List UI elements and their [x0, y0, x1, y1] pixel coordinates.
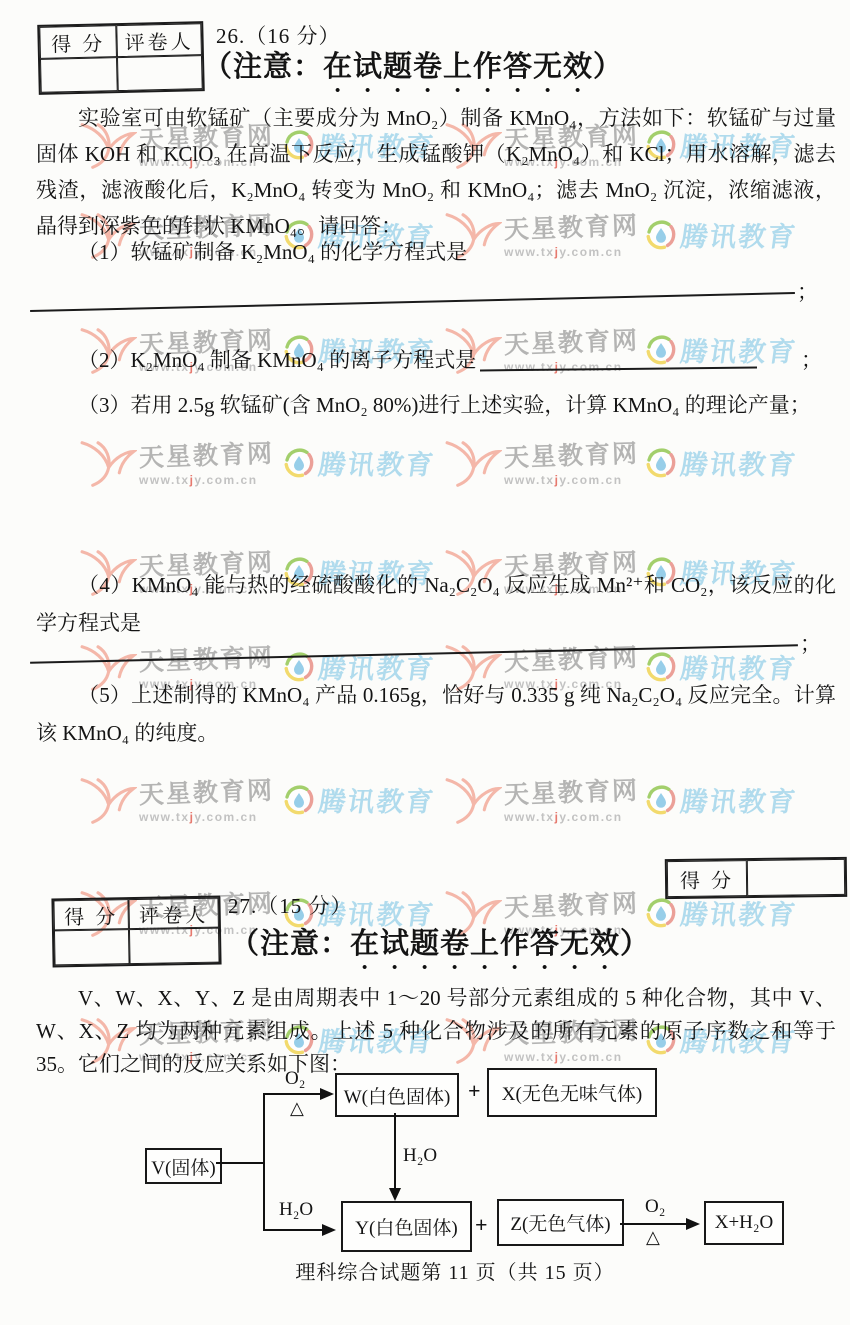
- diagram-arrow-down-head: [389, 1188, 401, 1201]
- diagram-arrow-top-shaft: [263, 1093, 320, 1095]
- q27-score-box-small: 得 分: [665, 857, 847, 899]
- q26-intro-paragraph: 实验室可由软锰矿（主要成分为 MnO₂）制备 KMnO₄，方法如下：软锰矿与过量…: [36, 100, 836, 244]
- paragraph-line: （5）上述制得的 KMnO₄ 产品 0.165g，恰好与 0.335 g 纯 N…: [36, 676, 836, 714]
- q26-sub2-text: （2）K₂MnO₄ 制备 KMnO₄ 的离子方程式是: [36, 345, 476, 375]
- paragraph-line: W、X、Z 均为两种元素组成。上述 5 种化合物涉及的所有元素的原子序数之和等于: [36, 1015, 836, 1048]
- q26-score-blank-cell: [40, 57, 118, 93]
- q26-sub1: （1）软锰矿制备 K₂MnO₄ 的化学方程式是: [36, 237, 822, 267]
- q26-sub2-answer-line: [480, 367, 757, 372]
- diagram-box-y: Y(白色固体): [341, 1201, 472, 1252]
- paragraph-line: 该 KMnO₄ 的纯度。: [36, 714, 836, 752]
- diagram-arrow-down-shaft: [394, 1113, 396, 1190]
- q26-notice: （注意：在试题卷上作答无效）: [203, 44, 623, 99]
- q26-sub2-semicolon: ；: [759, 345, 822, 375]
- q26-sub4-semicolon: ；: [800, 628, 821, 658]
- diagram-box-x-h2o: X+H₂O: [704, 1201, 784, 1245]
- q27-notice-emphasized: 在试题卷上作答无效: [350, 928, 620, 960]
- q26-sub5-paragraph: （5）上述制得的 KMnO₄ 产品 0.165g，恰好与 0.335 g 纯 N…: [36, 676, 836, 752]
- diagram-plus-2: +: [475, 1212, 488, 1238]
- q27-reaction-diagram: V(固体) O₂ △ W(白色固体) + X(无色无味气体) H₂O H₂O Y…: [140, 1060, 820, 1270]
- q26-grader-blank-cell: [117, 55, 203, 91]
- score-label: 得 分: [667, 860, 747, 897]
- diagram-box-z: Z(无色气体): [497, 1199, 624, 1246]
- q26-score-table: 得 分 评卷人: [37, 21, 205, 95]
- score-blank-cell: [747, 859, 845, 896]
- diagram-label-delta-top: △: [290, 1098, 304, 1119]
- paragraph-line: V、W、X、Y、Z 是由周期表中 1～20 号部分元素组成的 5 种化合物，其中…: [36, 982, 836, 1015]
- diagram-arrow-bottom-shaft: [263, 1229, 322, 1231]
- diagram-arrow-z-shaft: [620, 1223, 686, 1225]
- q27-grader-blank-cell: [129, 928, 220, 965]
- diagram-label-h2o-mid: H₂O: [403, 1145, 437, 1167]
- q26-sub4-paragraph: （4）KMnO₄ 能与热的经硫酸酸化的 Na₂C₂O₄ 反应生成 Mn²⁺和 C…: [36, 566, 836, 642]
- paragraph-line: 实验室可由软锰矿（主要成分为 MnO₂）制备 KMnO₄，方法如下：软锰矿与过量: [36, 100, 836, 136]
- diagram-line-v-to-branch: [216, 1162, 263, 1164]
- diagram-box-v: V(固体): [145, 1148, 222, 1184]
- q26-sub2: （2）K₂MnO₄ 制备 KMnO₄ 的离子方程式是 ；: [36, 345, 822, 375]
- q27-number: 27.（15 分）: [228, 890, 353, 920]
- diagram-arrow-top-head: [320, 1088, 334, 1100]
- q27-score-blank-cell: [54, 929, 130, 965]
- diagram-box-x: X(无色无味气体): [487, 1068, 657, 1117]
- page-footer: 理科综合试题第 11 页（共 15 页）: [55, 1256, 850, 1285]
- diagram-label-o2-bottom: O₂: [645, 1196, 665, 1218]
- q26-grader-header: 评卷人: [116, 23, 202, 57]
- q27-notice: （注意：在试题卷上作答无效）: [230, 921, 650, 976]
- exam-paper-page: 天星教育网 www.txjy.com.cn 腾讯教育 天星教育网 www.txj…: [0, 0, 850, 1325]
- paragraph-line: 残渣，滤液酸化后，K₂MnO₄ 转变为 MnO₂ 和 KMnO₄；滤去 MnO₂…: [36, 172, 836, 208]
- paragraph-line: 固体 KOH 和 KClO₃ 在高温下反应，生成锰酸钾（K₂MnO₄）和 KCl…: [36, 136, 836, 172]
- q26-score-header: 得 分: [39, 25, 117, 59]
- diagram-branch-connector: [263, 1094, 265, 1231]
- diagram-arrow-z-head: [686, 1218, 700, 1230]
- diagram-box-w: W(白色固体): [335, 1073, 459, 1117]
- q27-score-header: 得 分: [53, 899, 129, 930]
- paragraph-line: （4）KMnO₄ 能与热的经硫酸酸化的 Na₂C₂O₄ 反应生成 Mn²⁺和 C…: [36, 566, 836, 604]
- diagram-label-o2-top: O₂: [285, 1068, 305, 1090]
- diagram-plus-1: +: [468, 1078, 481, 1104]
- q26-sub3: （3）若用 2.5g 软锰矿(含 MnO₂ 80%)进行上述实验，计算 KMnO…: [36, 390, 822, 420]
- paragraph-line: 学方程式是: [36, 604, 836, 642]
- q26-notice-emphasized: 在试题卷上作答无效: [323, 51, 593, 83]
- page-content: 得 分 评卷人 26.（16 分） （注意：在试题卷上作答无效） 实验室可由软锰…: [0, 0, 850, 1325]
- diagram-label-delta-bottom: △: [646, 1227, 660, 1248]
- q26-sub1-semicolon: ；: [797, 276, 818, 306]
- q26-sub1-answer-line: [30, 292, 795, 312]
- diagram-arrow-bottom-head: [322, 1224, 336, 1236]
- q26-sub4-answer-line: [30, 644, 798, 663]
- diagram-label-h2o-bottom: H₂O: [279, 1199, 313, 1221]
- q27-score-table: 得 分 评卷人: [51, 896, 221, 968]
- q27-grader-header: 评卷人: [128, 898, 219, 930]
